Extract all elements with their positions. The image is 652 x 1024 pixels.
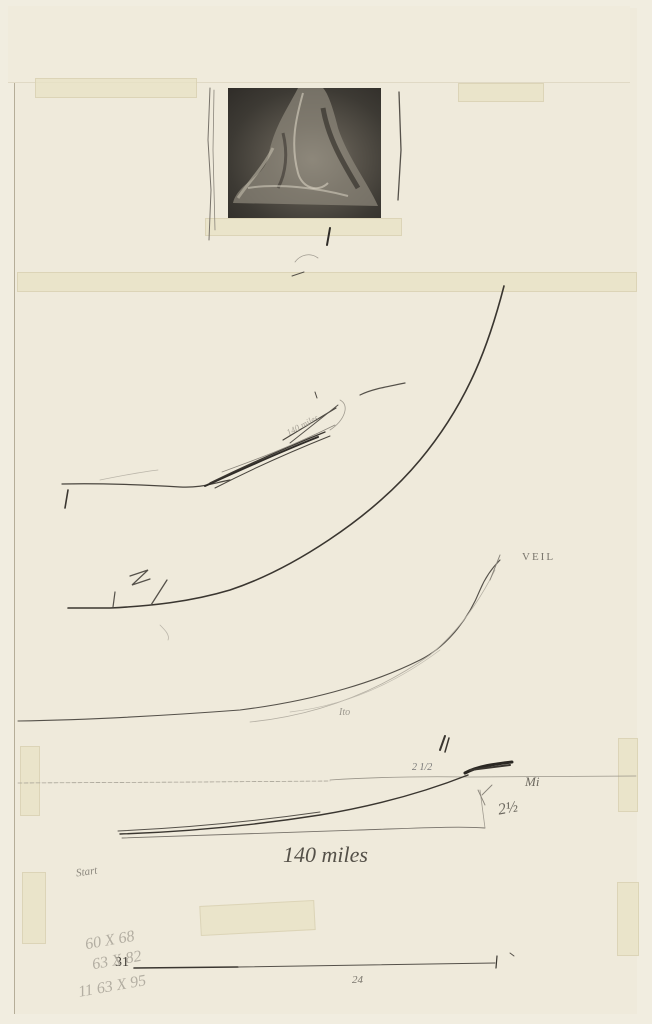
graphite-drawing [0, 0, 652, 1024]
annotation-mi: Mi [525, 774, 539, 790]
annotation-ito: Ito [339, 707, 350, 718]
annotation-2-half-small: 2 1/2 [412, 762, 432, 773]
annotation-veil: VEIL [522, 551, 555, 563]
annotation-2-half-mi: 2½ [497, 798, 520, 819]
annotation-24: 24 [352, 974, 363, 986]
annotation-140-miles: 140 miles [283, 842, 368, 868]
